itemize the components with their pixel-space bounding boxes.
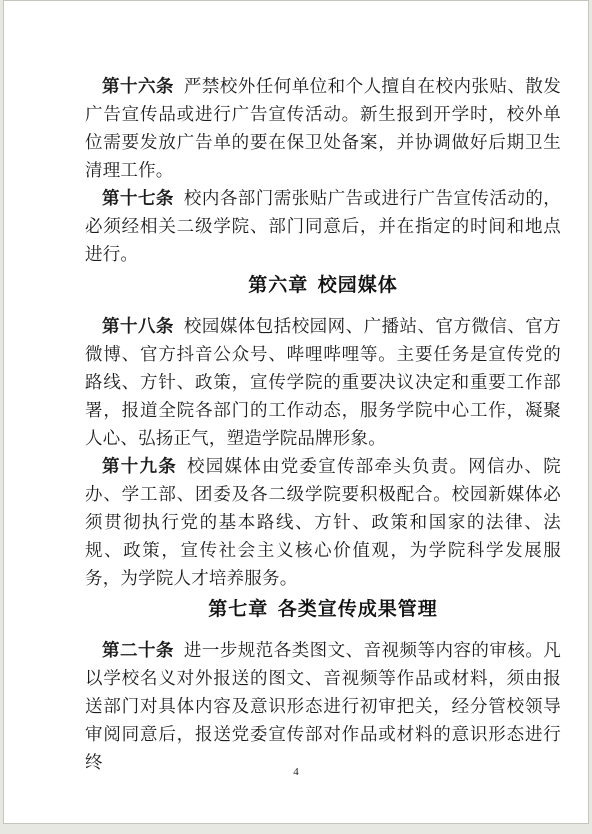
article-paragraph: 第十八条校园媒体包括校园网、广播站、官方微信、官方微博、官方抖音公众号、哔哩哔哩… [85, 312, 561, 452]
article-label: 第十八条 [102, 316, 174, 336]
chapter-title: 各类宣传成果管理 [278, 599, 438, 620]
chapter-number: 第七章 [208, 599, 268, 620]
chapter-number: 第六章 [248, 275, 308, 296]
article-paragraph: 第十七条校内各部门需张贴广告或进行广告宣传活动的，必须经相关二级学院、部门同意后… [85, 184, 561, 268]
article-label: 第十六条 [102, 76, 174, 96]
page-number: 4 [4, 765, 588, 779]
chapter-title: 校园媒体 [318, 275, 398, 296]
article-paragraph: 第十六条严禁校外任何单位和个人擅自在校内张贴、散发广告宣传品或进行广告宣传活动。… [85, 72, 561, 184]
document-content: 第十六条严禁校外任何单位和个人擅自在校内张贴、散发广告宣传品或进行广告宣传活动。… [4, 1, 588, 776]
article-label: 第十九条 [102, 456, 177, 476]
article-paragraph: 第二十条进一步规范各类图文、音视频等内容的审核。凡以学校名义对外报送的图文、音视… [85, 636, 561, 776]
article-paragraph: 第十九条校园媒体由党委宣传部牵头负责。网信办、院办、学工部、团委及各二级学院要积… [85, 452, 561, 592]
article-label: 第二十条 [102, 640, 174, 660]
chapter-heading: 第七章各类宣传成果管理 [85, 596, 561, 624]
article-label: 第十七条 [102, 188, 174, 208]
chapter-heading: 第六章校园媒体 [85, 272, 561, 300]
document-page: 第十六条严禁校外任何单位和个人擅自在校内张贴、散发广告宣传品或进行广告宣传活动。… [3, 0, 589, 824]
